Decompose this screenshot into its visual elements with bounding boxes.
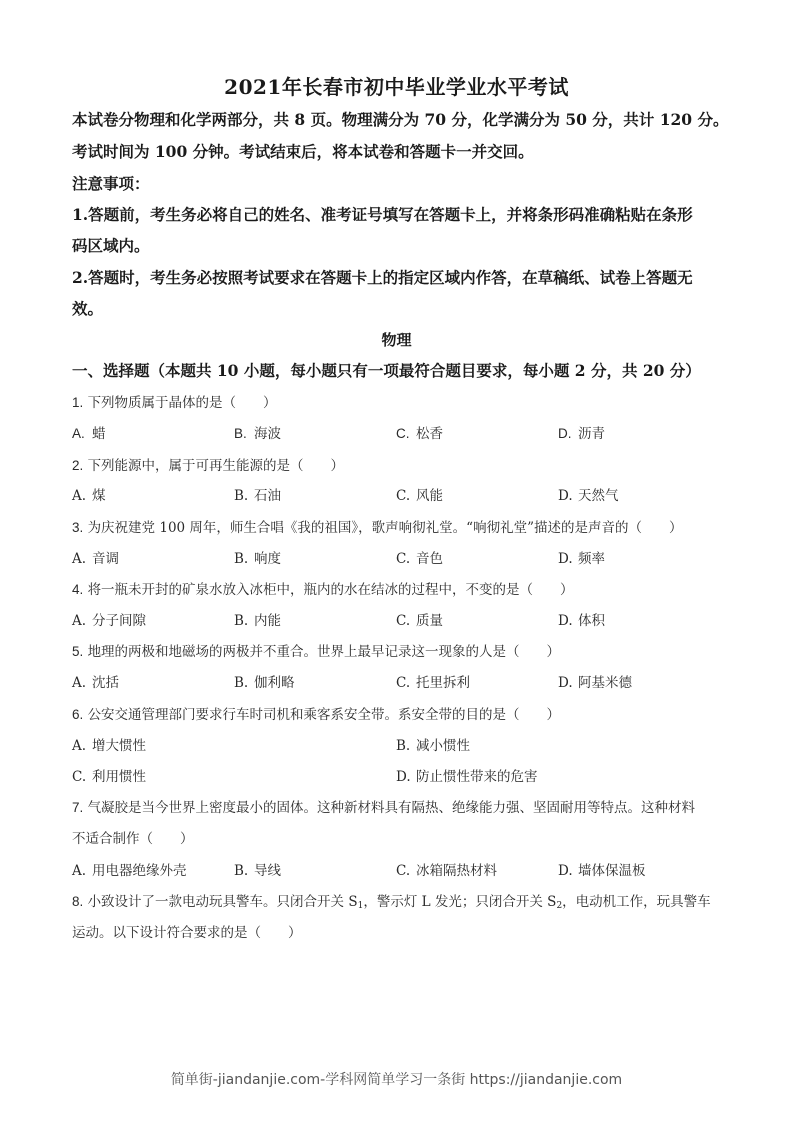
notice-1-line-1: 1.答题前，考生务必将自己的姓名、准考证号填写在答题卡上，并将条形码准确粘贴在条… <box>72 203 693 225</box>
question-3-option-c: C.音色 <box>396 547 443 567</box>
question-2-option-c: C.风能 <box>396 484 443 504</box>
question-number: 1. <box>72 395 83 410</box>
question-text: 下列能源中，属于可再生能源的是（ ） <box>88 458 345 474</box>
question-number: 8. <box>72 894 83 909</box>
question-6-option-d: D.防止惯性带来的危害 <box>396 765 538 785</box>
question-4-stem: 4. 将一瓶未开封的矿泉水放入冰柜中，瓶内的水在结冰的过程中，不变的是（ ） <box>72 578 574 598</box>
page-footer-watermark: 简单街-jiandanjie.com-学科网简单学习一条街 https://ji… <box>0 1069 793 1089</box>
question-1-stem: 1. 下列物质属于晶体的是（ ） <box>72 391 277 411</box>
question-2-option-d: D.天然气 <box>558 484 619 504</box>
question-5-option-d: D.阿基米德 <box>558 671 632 691</box>
question-number: 2. <box>72 458 83 473</box>
question-number: 7. <box>72 800 83 815</box>
question-6-stem: 6. 公安交通管理部门要求行车时司机和乘客系安全带。系安全带的目的是（ ） <box>72 703 560 723</box>
question-5-option-b: B.伽利略 <box>234 671 295 691</box>
intro-line-2: 考试时间为 100 分钟。考试结束后，将本试卷和答题卡一并交回。 <box>72 140 534 162</box>
question-4-option-b: B.内能 <box>234 609 281 629</box>
question-6-option-c: C.利用惯性 <box>72 765 146 785</box>
question-7-option-a: A.用电器绝缘外壳 <box>72 859 187 879</box>
intro-line-1: 本试卷分物理和化学两部分，共 8 页。物理满分为 70 分，化学满分为 50 分… <box>72 108 728 130</box>
question-4-option-d: D.体积 <box>558 609 605 629</box>
question-8-stem-line-2: 运动。以下设计符合要求的是（ ） <box>72 921 302 941</box>
section-heading: 一、选择题（本题共 10 小题，每小题只有一项最符合题目要求，每小题 2 分，共… <box>72 359 701 381</box>
question-7-option-d: D.墙体保温板 <box>558 859 646 879</box>
question-number: 4. <box>72 582 83 597</box>
notice-1-line-2: 码区域内。 <box>72 234 150 256</box>
exam-page: 2021年长春市初中毕业学业水平考试 本试卷分物理和化学两部分，共 8 页。物理… <box>0 0 793 1122</box>
question-5-stem: 5. 地理的两极和地磁场的两极并不重合。世界上最早记录这一现象的人是（ ） <box>72 640 560 660</box>
question-1-option-a: A.蜡 <box>72 422 106 442</box>
question-text-part-1: 小致设计了一款电动玩具警车。只闭合开关 S <box>88 894 358 910</box>
question-text: 公安交通管理部门要求行车时司机和乘客系安全带。系安全带的目的是（ ） <box>88 707 561 723</box>
notice-2-line-1: 2.答题时，考生务必按照考试要求在答题卡上的指定区域内作答，在草稿纸、试卷上答题… <box>72 266 693 288</box>
question-4-option-c: C.质量 <box>396 609 443 629</box>
question-3-option-d: D.频率 <box>558 547 605 567</box>
exam-title: 2021年长春市初中毕业学业水平考试 <box>0 71 793 100</box>
question-1-option-b: B.海波 <box>234 422 281 442</box>
question-number: 3. <box>72 520 83 535</box>
question-3-option-a: A.音调 <box>72 547 119 567</box>
question-6-option-a: A.增大惯性 <box>72 734 146 754</box>
question-7-option-b: B.导线 <box>234 859 281 879</box>
question-3-stem: 3. 为庆祝建党 100 周年，师生合唱《我的祖国》，歌声响彻礼堂。“响彻礼堂”… <box>72 516 682 536</box>
question-2-stem: 2. 下列能源中，属于可再生能源的是（ ） <box>72 454 344 474</box>
question-1-option-c: C.松香 <box>396 422 443 442</box>
notice-heading: 注意事项： <box>72 172 150 194</box>
question-number: 6. <box>72 707 83 722</box>
question-text-part-2: ，警示灯 L 发光；只闭合开关 S <box>363 894 556 910</box>
question-text: 气凝胶是当今世界上密度最小的固体。这种新材料具有隔热、绝缘能力强、坚固耐用等特点… <box>88 800 696 816</box>
question-text: 将一瓶未开封的矿泉水放入冰柜中，瓶内的水在结冰的过程中，不变的是（ ） <box>88 582 574 598</box>
question-7-stem-line-2: 不适合制作（ ） <box>72 827 194 847</box>
question-6-option-b: B.减小惯性 <box>396 734 470 754</box>
question-3-option-b: B.响度 <box>234 547 281 567</box>
question-7-stem-line-1: 7. 气凝胶是当今世界上密度最小的固体。这种新材料具有隔热、绝缘能力强、坚固耐用… <box>72 796 695 816</box>
question-4-option-a: A.分子间隙 <box>72 609 146 629</box>
question-text: 地理的两极和地磁场的两极并不重合。世界上最早记录这一现象的人是（ ） <box>88 644 561 660</box>
question-2-option-a: A.煤 <box>72 484 106 504</box>
question-5-option-c: C.托里拆利 <box>396 671 470 691</box>
question-8-stem-line-1: 8. 小致设计了一款电动玩具警车。只闭合开关 S1，警示灯 L 发光；只闭合开关… <box>72 890 711 911</box>
question-text: 下列物质属于晶体的是（ ） <box>88 395 277 411</box>
question-text-part-3: ，电动机工作，玩具警车 <box>562 894 711 910</box>
question-5-option-a: A.沈括 <box>72 671 119 691</box>
question-7-option-c: C.冰箱隔热材料 <box>396 859 497 879</box>
question-text: 为庆祝建党 100 周年，师生合唱《我的祖国》，歌声响彻礼堂。“响彻礼堂”描述的… <box>88 520 683 536</box>
notice-2-line-2: 效。 <box>72 297 103 319</box>
question-2-option-b: B.石油 <box>234 484 281 504</box>
question-number: 5. <box>72 644 83 659</box>
subject-heading: 物理 <box>0 329 793 350</box>
question-1-option-d: D.沥青 <box>558 422 605 442</box>
